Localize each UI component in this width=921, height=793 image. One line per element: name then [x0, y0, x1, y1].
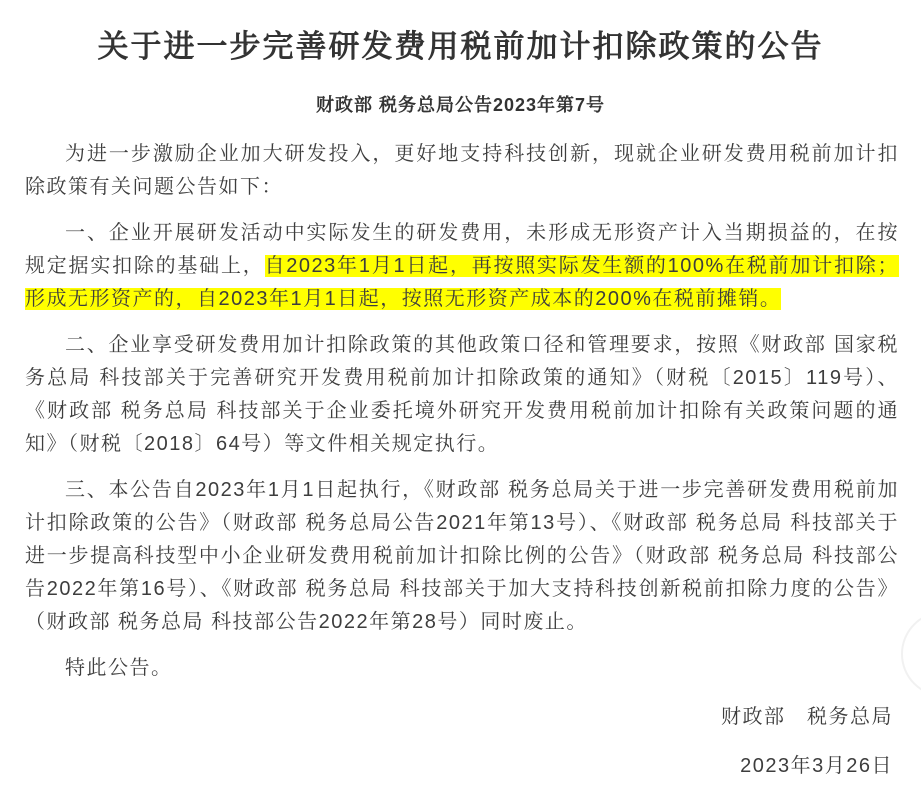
doc-number: 财政部 税务总局公告2023年第7号 [0, 93, 921, 117]
article-1-paragraph: 一、企业开展研发活动中实际发生的研发费用，未形成无形资产计入当期损益的，在按规定… [25, 217, 899, 316]
page-title: 关于进一步完善研发费用税前加计扣除政策的公告 [38, 28, 883, 66]
intro-paragraph: 为进一步激励企业加大研发投入，更好地支持科技创新，现就企业研发费用税前加计扣除政… [25, 138, 899, 204]
article-2-paragraph: 二、企业享受研发费用加计扣除政策的其他政策口径和管理要求，按照《财政部 国家税务… [25, 329, 899, 461]
closing-line: 特此公告。 [25, 652, 899, 685]
announcement-document: 关于进一步完善研发费用税前加计扣除政策的公告 财政部 税务总局公告2023年第7… [0, 28, 921, 783]
issuer-signature: 财政部 税务总局 [25, 701, 899, 734]
issue-date: 2023年3月26日 [25, 750, 899, 783]
article-3-paragraph: 三、本公告自2023年1月1日起执行，《财政部 税务总局关于进一步完善研发费用税… [25, 474, 899, 639]
document-body: 为进一步激励企业加大研发投入，更好地支持科技创新，现就企业研发费用税前加计扣除政… [0, 117, 921, 783]
